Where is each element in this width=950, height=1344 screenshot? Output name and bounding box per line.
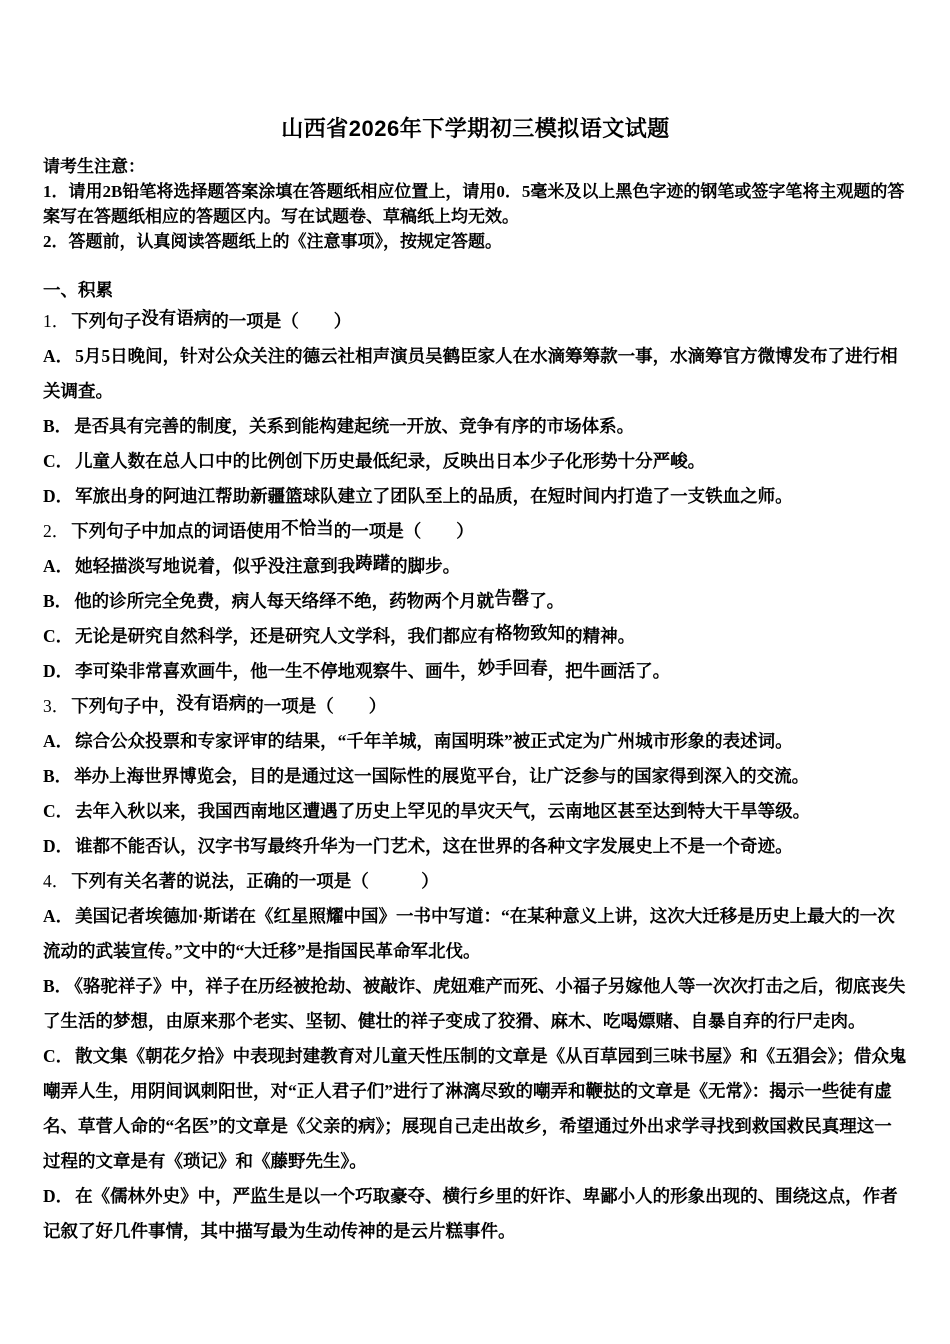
section-heading: 一、积累 [43,276,908,304]
emphasized-term: 踌躇 [355,553,390,573]
option-text: 在《儒林外史》中，严监生是以一个巧取豪夺、横行乡里的奸诈、卑鄙小人的形象出现的、… [43,1186,898,1241]
option-text: 她轻描淡写地说着，似乎没注意到我 [75,556,355,576]
question-1-option-c: C．儿童人数在总人口中的比例创下历史最低纪录，反映出日本少子化形势十分严峻。 [43,444,908,479]
question-2-option-c: C．无论是研究自然科学，还是研究人文学科，我们都应有格物致知的精神。 [43,619,908,654]
emphasized-term: 妙手回春 [478,658,548,678]
option-label: A． [43,906,75,926]
question-2-stem: 2．下列句子中加点的词语使用不恰当的一项是（ ） [43,514,908,549]
option-text: ，把牛画活了。 [548,661,671,681]
option-text: 了。 [529,591,564,611]
notice-item-1: 1．请用2B铅笔将选择题答案涂填在答题纸相应位置上，请用0．5毫米及以上黑色字迹… [43,179,908,229]
emphasized-term: 没有语病 [176,693,246,713]
page-title: 山西省2026年下学期初三模拟语文试题 [43,0,908,143]
question-4-option-c: C．散文集《朝花夕拾》中表现封建教育对儿童天性压制的文章是《从百草园到三味书屋》… [43,1039,908,1179]
option-label: A． [43,556,75,576]
question-2-option-b: B．他的诊所完全免费，病人每天络绎不绝，药物两个月就告罄了。 [43,584,908,619]
option-text: 《骆驼祥子》中，祥子在历经被抢劫、被敲诈、虎妞难产而死、小福子另嫁他人等一次次打… [43,976,905,1031]
option-text: 举办上海世界博览会，目的是通过这一国际性的展览平台，让广泛参与的国家得到深入的交… [74,766,809,786]
question-3-option-d: D．谁都不能否认，汉字书写最终升华为一门艺术，这在世界的各种文字发展史上不是一个… [43,829,908,864]
option-label: D． [43,836,75,856]
option-text: 散文集《朝花夕拾》中表现封建教育对儿童天性压制的文章是《从百草园到三味书屋》和《… [43,1046,906,1171]
option-label: D． [43,486,75,506]
stem-text: 下列句子中加点的词语使用 [71,521,281,541]
option-text: 美国记者埃德加·斯诺在《红星照耀中国》一书中写道：“在某种意义上讲，这次大迁移是… [43,906,895,961]
question-2: 2．下列句子中加点的词语使用不恰当的一项是（ ） A．她轻描淡写地说着，似乎没注… [43,514,908,689]
question-number: 1． [43,311,71,331]
option-label: B． [43,976,74,996]
option-label: C． [43,626,75,646]
option-label: B． [43,766,74,786]
question-4-option-b: B．《骆驼祥子》中，祥子在历经被抢劫、被敲诈、虎妞难产而死、小福子另嫁他人等一次… [43,969,908,1039]
stem-text: 下列有关名著的说法，正确的一项是（ ） [71,871,439,891]
question-4-option-a: A．美国记者埃德加·斯诺在《红星照耀中国》一书中写道：“在某种意义上讲，这次大迁… [43,899,908,969]
stem-text: 下列句子 [71,311,141,331]
question-1: 1．下列句子没有语病的一项是（ ） A．5月5日晚间，针对公众关注的德云社相声演… [43,304,908,514]
option-text: 综合公众投票和专家评审的结果，“千年羊城，南国明珠”被正式定为广州城市形象的表述… [75,731,793,751]
option-label: A． [43,731,75,751]
question-1-option-b: B．是否具有完善的制度，关系到能构建起统一开放、竞争有序的市场体系。 [43,409,908,444]
question-3: 3．下列句子中，没有语病的一项是（ ） A．综合公众投票和专家评审的结果，“千年… [43,689,908,864]
question-3-option-c: C．去年入秋以来，我国西南地区遭遇了历史上罕见的旱灾天气，云南地区甚至达到特大干… [43,794,908,829]
option-label: C． [43,451,75,471]
stem-text: 的一项是（ ） [246,696,386,716]
emphasized-term: 不恰当 [281,518,334,538]
question-3-option-b: B．举办上海世界博览会，目的是通过这一国际性的展览平台，让广泛参与的国家得到深入… [43,759,908,794]
option-text: 谁都不能否认，汉字书写最终升华为一门艺术，这在世界的各种文字发展史上不是一个奇迹… [75,836,793,856]
option-text: 他的诊所完全免费，病人每天络绎不绝，药物两个月就 [74,591,494,611]
question-number: 3． [43,696,71,716]
option-text: 5月5日晚间，针对公众关注的德云社相声演员吴鹤臣家人在水滴筹筹款一事，水滴筹官方… [43,346,898,401]
question-4: 4．下列有关名著的说法，正确的一项是（ ） A．美国记者埃德加·斯诺在《红星照耀… [43,864,908,1249]
option-label: D． [43,661,75,681]
question-3-option-a: A．综合公众投票和专家评审的结果，“千年羊城，南国明珠”被正式定为广州城市形象的… [43,724,908,759]
candidate-notice: 请考生注意： 1．请用2B铅笔将选择题答案涂填在答题纸相应位置上，请用0．5毫米… [43,154,908,254]
option-label: D． [43,1186,75,1206]
question-2-option-a: A．她轻描淡写地说着，似乎没注意到我踌躇的脚步。 [43,549,908,584]
question-number: 4． [43,871,71,891]
question-1-stem: 1．下列句子没有语病的一项是（ ） [43,304,908,339]
option-text: 儿童人数在总人口中的比例创下历史最低纪录，反映出日本少子化形势十分严峻。 [75,451,705,471]
stem-text: 的一项是（ ） [334,521,474,541]
option-label: C． [43,1046,75,1066]
option-text: 是否具有完善的制度，关系到能构建起统一开放、竞争有序的市场体系。 [74,416,634,436]
option-text: 的精神。 [565,626,635,646]
question-4-stem: 4．下列有关名著的说法，正确的一项是（ ） [43,864,908,899]
question-4-option-d: D．在《儒林外史》中，严监生是以一个巧取豪夺、横行乡里的奸诈、卑鄙小人的形象出现… [43,1179,908,1249]
questions-section: 一、积累 1．下列句子没有语病的一项是（ ） A．5月5日晚间，针对公众关注的德… [43,276,908,1249]
option-text: 无论是研究自然科学，还是研究人文学科，我们都应有 [75,626,495,646]
option-text: 李可染非常喜欢画牛，他一生不停地观察牛、画牛， [75,661,478,681]
emphasized-term: 告罄 [494,588,529,608]
stem-text: 的一项是（ ） [211,311,351,331]
option-text: 去年入秋以来，我国西南地区遭遇了历史上罕见的旱灾天气，云南地区甚至达到特大干旱等… [75,801,810,821]
option-label: B． [43,591,74,611]
emphasized-term: 没有语病 [141,308,211,328]
question-1-option-d: D．军旅出身的阿迪江帮助新疆篮球队建立了团队至上的品质，在短时间内打造了一支铁血… [43,479,908,514]
option-text: 军旅出身的阿迪江帮助新疆篮球队建立了团队至上的品质，在短时间内打造了一支铁血之师… [75,486,793,506]
exam-paper: 山西省2026年下学期初三模拟语文试题 请考生注意： 1．请用2B铅笔将选择题答… [0,0,950,1344]
notice-heading: 请考生注意： [43,154,908,179]
question-2-option-d: D．李可染非常喜欢画牛，他一生不停地观察牛、画牛，妙手回春，把牛画活了。 [43,654,908,689]
option-text: 的脚步。 [390,556,460,576]
option-label: A． [43,346,75,366]
option-label: B． [43,416,74,436]
option-label: C． [43,801,75,821]
question-3-stem: 3．下列句子中，没有语病的一项是（ ） [43,689,908,724]
question-1-option-a: A．5月5日晚间，针对公众关注的德云社相声演员吴鹤臣家人在水滴筹筹款一事，水滴筹… [43,339,908,409]
notice-item-2: 2．答题前，认真阅读答题纸上的《注意事项》，按规定答题。 [43,229,908,254]
emphasized-term: 格物致知 [495,623,565,643]
question-number: 2． [43,521,71,541]
stem-text: 下列句子中， [71,696,176,716]
